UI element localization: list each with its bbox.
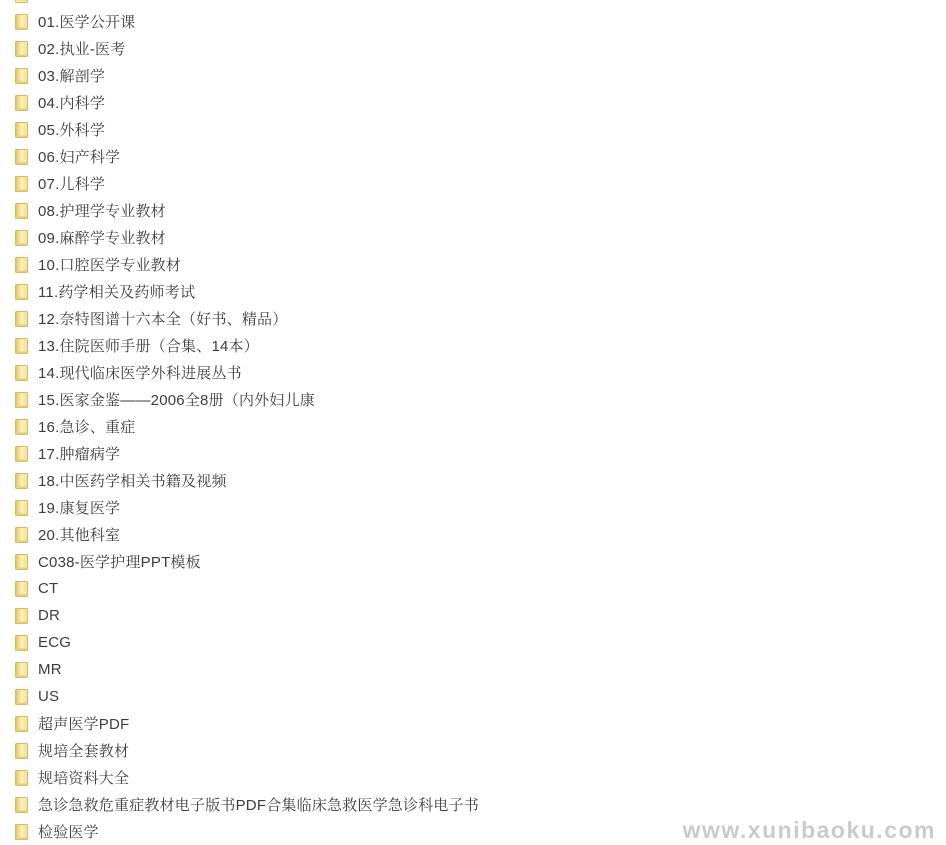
list-item[interactable]: 12.奈特图谱十六本全（好书、精品） (0, 305, 946, 332)
list-item[interactable]: 05.外科学 (0, 116, 946, 143)
file-name[interactable]: 07.儿科学 (38, 173, 105, 194)
list-item[interactable]: 01.医学公开课 (0, 8, 946, 35)
folder-icon (15, 473, 28, 489)
list-item[interactable]: 18.中医药学相关书籍及视频 (0, 467, 946, 494)
file-name[interactable]: 01.医学公开课 (38, 11, 135, 32)
file-name[interactable]: 02.执业-医考 (38, 38, 125, 59)
file-name[interactable]: 17.肿瘤病学 (38, 443, 120, 464)
list-item[interactable]: 06.妇产科学 (0, 143, 946, 170)
file-name[interactable]: 06.妇产科学 (38, 146, 120, 167)
list-item[interactable]: 规培资料大全 (0, 764, 946, 791)
file-name[interactable]: 20.其他科室 (38, 524, 120, 545)
file-name[interactable]: 19.康复医学 (38, 497, 120, 518)
file-name[interactable]: ECG (38, 634, 71, 651)
list-item[interactable]: C038-医学护理PPT模板 (0, 548, 946, 575)
folder-icon (15, 554, 28, 570)
watermark: www.xunibaoku.com (683, 817, 936, 844)
folder-icon (15, 824, 28, 840)
list-item[interactable]: 14.现代临床医学外科进展丛书 (0, 359, 946, 386)
list-item[interactable]: ECG (0, 629, 946, 656)
folder-icon (15, 500, 28, 516)
list-item[interactable]: 07.儿科学 (0, 170, 946, 197)
folder-icon (15, 608, 28, 624)
list-item[interactable]: 16.急诊、重症 (0, 413, 946, 440)
folder-icon (15, 122, 28, 138)
folder-icon (15, 230, 28, 246)
file-name[interactable]: 急诊急救危重症教材电子版书PDF合集临床急救医学急诊科电子书 (38, 794, 479, 815)
file-name[interactable]: 12.奈特图谱十六本全（好书、精品） (38, 308, 287, 329)
list-item[interactable]: 急诊急救危重症教材电子版书PDF合集临床急救医学急诊科电子书 (0, 791, 946, 818)
list-item[interactable]: 19.康复医学 (0, 494, 946, 521)
list-item[interactable]: 08.护理学专业教材 (0, 197, 946, 224)
file-name[interactable]: 16.急诊、重症 (38, 416, 135, 437)
folder-icon (15, 770, 28, 786)
file-name[interactable]: 14.现代临床医学外科进展丛书 (38, 362, 242, 383)
list-item[interactable]: US (0, 683, 946, 710)
folder-icon (15, 581, 28, 597)
file-name[interactable]: MR (38, 661, 62, 678)
folder-icon (15, 176, 28, 192)
folder-icon (15, 635, 28, 651)
folder-icon (15, 149, 28, 165)
file-name[interactable]: 超声医学PDF (38, 713, 129, 734)
folder-icon (15, 662, 28, 678)
list-item[interactable]: 10.口腔医学专业教材 (0, 251, 946, 278)
file-name[interactable]: 规培资料大全 (38, 767, 129, 788)
file-name[interactable]: 15.医家金鉴——2006全8册（内外妇儿康 (38, 389, 315, 410)
list-item[interactable]: 02.执业-医考 (0, 35, 946, 62)
folder-icon (15, 689, 28, 705)
list-item[interactable]: 11.药学相关及药师考试 (0, 278, 946, 305)
file-name[interactable]: DR (38, 607, 60, 624)
folder-icon (15, 311, 28, 327)
folder-icon (15, 257, 28, 273)
file-name[interactable]: 11.药学相关及药师考试 (38, 281, 195, 302)
file-name[interactable]: US (38, 688, 59, 705)
folder-icon (15, 527, 28, 543)
folder-icon (15, 203, 28, 219)
list-item[interactable]: 04.内科学 (0, 89, 946, 116)
list-item[interactable]: CT (0, 575, 946, 602)
list-item[interactable]: 15.医家金鉴——2006全8册（内外妇儿康 (0, 386, 946, 413)
list-item[interactable]: DR (0, 602, 946, 629)
file-name[interactable]: 09.麻醉学专业教材 (38, 227, 166, 248)
folder-icon (15, 743, 28, 759)
folder-icon (15, 446, 28, 462)
file-name[interactable]: 05.外科学 (38, 119, 105, 140)
folder-icon (15, 95, 28, 111)
file-list: 01.医学公开课 02.执业-医考 (0, 0, 946, 845)
list-item[interactable]: 超声医学PDF (0, 710, 946, 737)
folder-icon (15, 392, 28, 408)
folder-icon (15, 14, 28, 30)
file-name[interactable]: 04.内科学 (38, 92, 105, 113)
file-name[interactable]: 13.住院医师手册（合集、14本） (38, 335, 259, 356)
list-item[interactable]: 13.住院医师手册（合集、14本） (0, 332, 946, 359)
list-item[interactable]: 03.解剖学 (0, 62, 946, 89)
file-name[interactable]: 08.护理学专业教材 (38, 200, 166, 221)
folder-icon (15, 419, 28, 435)
list-item[interactable]: 09.麻醉学专业教材 (0, 224, 946, 251)
list-item[interactable]: MR (0, 656, 946, 683)
list-item[interactable]: 17.肿瘤病学 (0, 440, 946, 467)
folder-icon-partial (15, 0, 28, 3)
folder-icon (15, 365, 28, 381)
file-name[interactable]: 03.解剖学 (38, 65, 105, 86)
file-name[interactable]: C038-医学护理PPT模板 (38, 551, 201, 572)
list-item[interactable]: 20.其他科室 (0, 521, 946, 548)
folder-icon (15, 284, 28, 300)
folder-icon (15, 338, 28, 354)
list-item[interactable]: 规培全套教材 (0, 737, 946, 764)
folder-icon (15, 716, 28, 732)
file-name[interactable]: 规培全套教材 (38, 740, 129, 761)
folder-icon (15, 68, 28, 84)
folder-icon (15, 797, 28, 813)
file-name[interactable]: 10.口腔医学专业教材 (38, 254, 181, 275)
folder-icon (15, 41, 28, 57)
file-name[interactable]: 检验医学 (38, 821, 99, 842)
file-name[interactable]: 18.中医药学相关书籍及视频 (38, 470, 227, 491)
file-name[interactable]: CT (38, 580, 58, 597)
